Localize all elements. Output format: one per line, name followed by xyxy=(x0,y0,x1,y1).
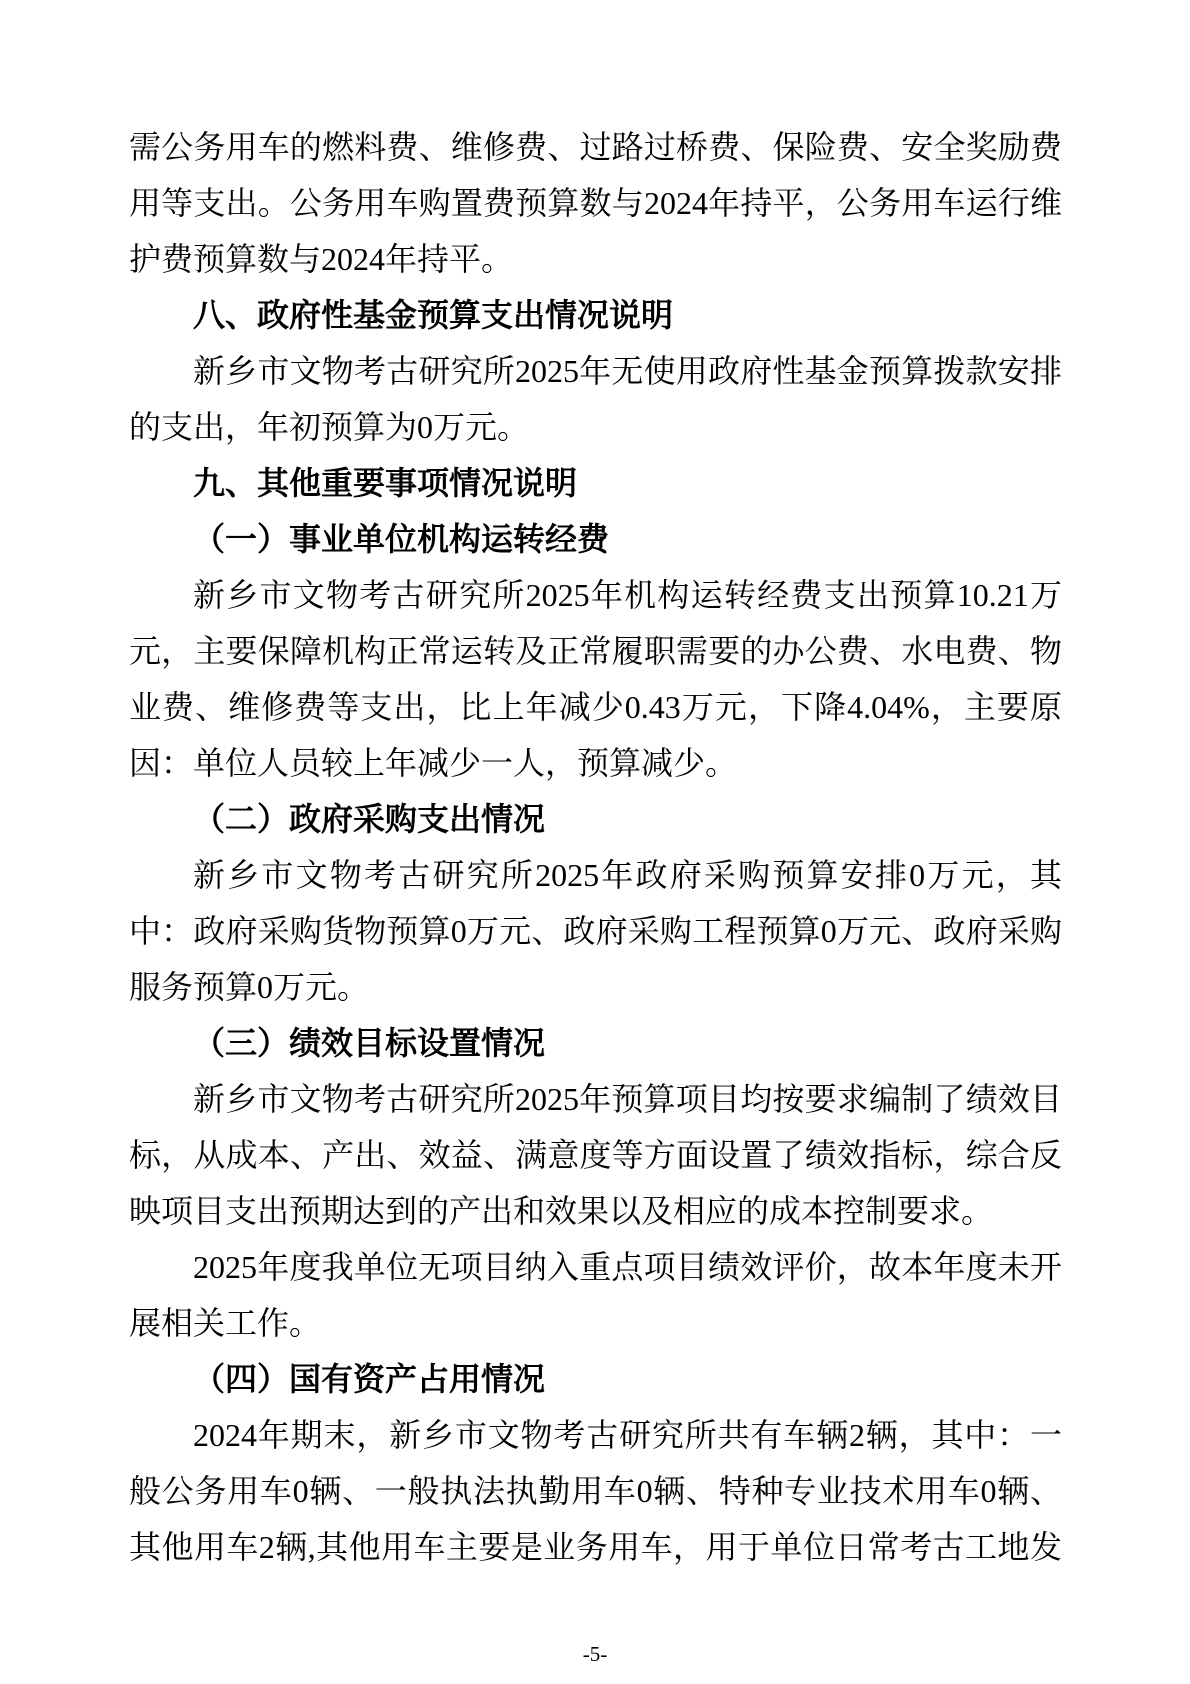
paragraph-line: 需公务用车的燃料费、维修费、过路过桥费、保险费、安全奖励费 xyxy=(129,119,1062,175)
section-heading-line: （三）绩效目标设置情况 xyxy=(129,1015,1062,1071)
paragraph-line: 标，从成本、产出、效益、满意度等方面设置了绩效指标，综合反 xyxy=(129,1127,1062,1183)
paragraph-line: 业费、维修费等支出，比上年减少0.43万元，下降4.04%，主要原 xyxy=(129,679,1062,735)
page-number: -5- xyxy=(583,1642,608,1666)
section-heading-line: （四）国有资产占用情况 xyxy=(129,1351,1062,1407)
paragraph-line: 2025年度我单位无项目纳入重点项目绩效评价，故本年度未开 xyxy=(129,1239,1062,1295)
document-page: 需公务用车的燃料费、维修费、过路过桥费、保险费、安全奖励费用等支出。公务用车购置… xyxy=(0,0,1190,1684)
page-footer: -5- xyxy=(0,1642,1190,1667)
paragraph-line: 新乡市文物考古研究所2025年无使用政府性基金预算拨款安排 xyxy=(129,343,1062,399)
paragraph-line: 护费预算数与2024年持平。 xyxy=(129,231,1062,287)
section-heading-line: 八、政府性基金预算支出情况说明 xyxy=(129,287,1062,343)
paragraph-line: 新乡市文物考古研究所2025年机构运转经费支出预算10.21万 xyxy=(129,567,1062,623)
paragraph-line: 2024年期末，新乡市文物考古研究所共有车辆2辆，其中：一 xyxy=(129,1407,1062,1463)
paragraph-line: 服务预算0万元。 xyxy=(129,959,1062,1015)
paragraph-line: 中：政府采购货物预算0万元、政府采购工程预算0万元、政府采购 xyxy=(129,903,1062,959)
section-heading-line: （一）事业单位机构运转经费 xyxy=(129,511,1062,567)
section-heading-line: （二）政府采购支出情况 xyxy=(129,791,1062,847)
document-content: 需公务用车的燃料费、维修费、过路过桥费、保险费、安全奖励费用等支出。公务用车购置… xyxy=(129,119,1062,1575)
paragraph-line: 展相关工作。 xyxy=(129,1295,1062,1351)
paragraph-line: 因：单位人员较上年减少一人，预算减少。 xyxy=(129,735,1062,791)
paragraph-line: 的支出，年初预算为0万元。 xyxy=(129,399,1062,455)
paragraph-line: 用等支出。公务用车购置费预算数与2024年持平，公务用车运行维 xyxy=(129,175,1062,231)
section-heading-line: 九、其他重要事项情况说明 xyxy=(129,455,1062,511)
paragraph-line: 般公务用车0辆、一般执法执勤用车0辆、特种专业技术用车0辆、 xyxy=(129,1463,1062,1519)
paragraph-line: 其他用车2辆,其他用车主要是业务用车，用于单位日常考古工地发 xyxy=(129,1519,1062,1575)
paragraph-line: 新乡市文物考古研究所2025年预算项目均按要求编制了绩效目 xyxy=(129,1071,1062,1127)
paragraph-line: 新乡市文物考古研究所2025年政府采购预算安排0万元，其 xyxy=(129,847,1062,903)
paragraph-line: 元，主要保障机构正常运转及正常履职需要的办公费、水电费、物 xyxy=(129,623,1062,679)
paragraph-line: 映项目支出预期达到的产出和效果以及相应的成本控制要求。 xyxy=(129,1183,1062,1239)
